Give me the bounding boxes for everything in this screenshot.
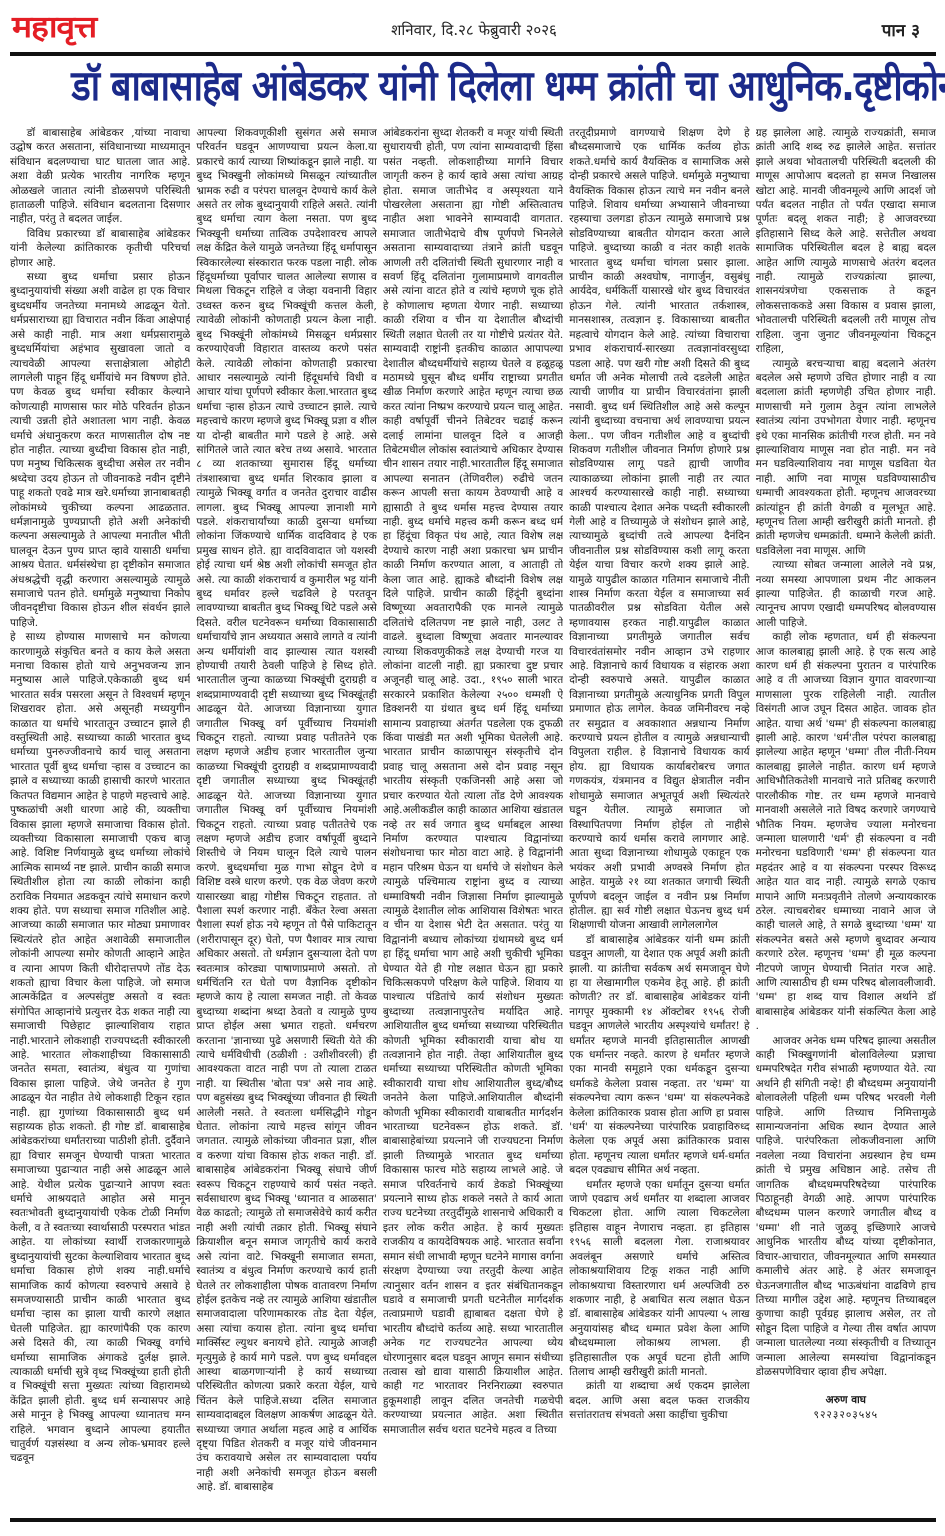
article-column-2: आपल्या शिकवणूकीशी सुसंगत असे समाज परिवर्…: [196, 126, 376, 1516]
paragraph: हे साध्य होण्यास माणसाचे मन कोणत्या कारण…: [10, 630, 190, 1466]
article-column-5: ग्रह झालेला आहे. त्यामुळे राज्यक्रांती, …: [756, 126, 936, 1516]
paragraph: क्रांती या शब्दाचा अर्थ एकदम झालेला बदल.…: [569, 1379, 749, 1422]
paragraph: धर्मांतर म्हणजे एका धर्मातून दुसऱ्या धर्…: [569, 1178, 749, 1380]
top-divider: [10, 52, 936, 56]
bottom-divider: [10, 1518, 936, 1522]
paragraph: आजवर अनेक धम्म परिषद झाल्या असतील काही भ…: [756, 1034, 936, 1380]
paragraph: तरतूदीप्रमाणे वागण्याचे शिक्षण देणे हे ब…: [569, 126, 749, 933]
article-body: डॉ बाबासाहेब आंबेडकर ,यांच्या नावाचा उद्…: [10, 126, 936, 1516]
article-column-4: तरतूदीप्रमाणे वागण्याचे शिक्षण देणे हे ब…: [569, 126, 749, 1516]
author-signature: अरुण वाघ ९२२३२०३५४५: [756, 1393, 936, 1422]
article-headline: डॉ बाबासाहेब आंबेडकर यांनी दिलेला धम्म क…: [71, 58, 874, 114]
page-number: पान ३: [882, 18, 920, 41]
article-column-1: डॉ बाबासाहेब आंबेडकर ,यांच्या नावाचा उद्…: [10, 126, 190, 1516]
paragraph: आंबेडकरांना सुध्दा शेतकरी व मजूर यांची स…: [383, 126, 563, 1437]
paragraph: आपल्या शिकवणूकीशी सुसंगत असे समाज परिवर्…: [196, 126, 376, 1495]
paragraph: ग्रह झालेला आहे. त्यामुळे राज्यक्रांती, …: [756, 126, 936, 357]
article-column-3: आंबेडकरांना सुध्दा शेतकरी व मजूर यांची स…: [383, 126, 563, 1516]
paragraph: त्यामुळे बरचऱ्याचा बाह्य बदलाने अंतरंग ब…: [756, 357, 936, 559]
paragraph: विविध प्रकारच्या डॉ बाबासाहेब आंबेडकर या…: [10, 227, 190, 270]
dateline: शनिवार, दि.२८ फेब्रुवारी २०२६: [12, 20, 936, 40]
author-phone: ९२२३२०३५४५: [756, 1408, 936, 1422]
paragraph: सध्या बुध्द धर्माचा प्रसार होऊन बुध्दानु…: [10, 270, 190, 630]
masthead: महावृत्त शनिवार, दि.२८ फेब्रुवारी २०२६ प…: [12, 8, 936, 50]
paragraph: त्याच्या सोबत जन्माला आलेले नवे प्रश्न, …: [756, 558, 936, 630]
paragraph: काही लोक म्हणतात, धर्म ही संकल्पना आज का…: [756, 630, 936, 1033]
paragraph: डॉ बाबासाहेब आंबेडकर यांनी धम्म क्रांती …: [569, 933, 749, 1178]
author-name: अरुण वाघ: [756, 1393, 936, 1407]
paragraph: डॉ बाबासाहेब आंबेडकर ,यांच्या नावाचा उद्…: [10, 126, 190, 227]
